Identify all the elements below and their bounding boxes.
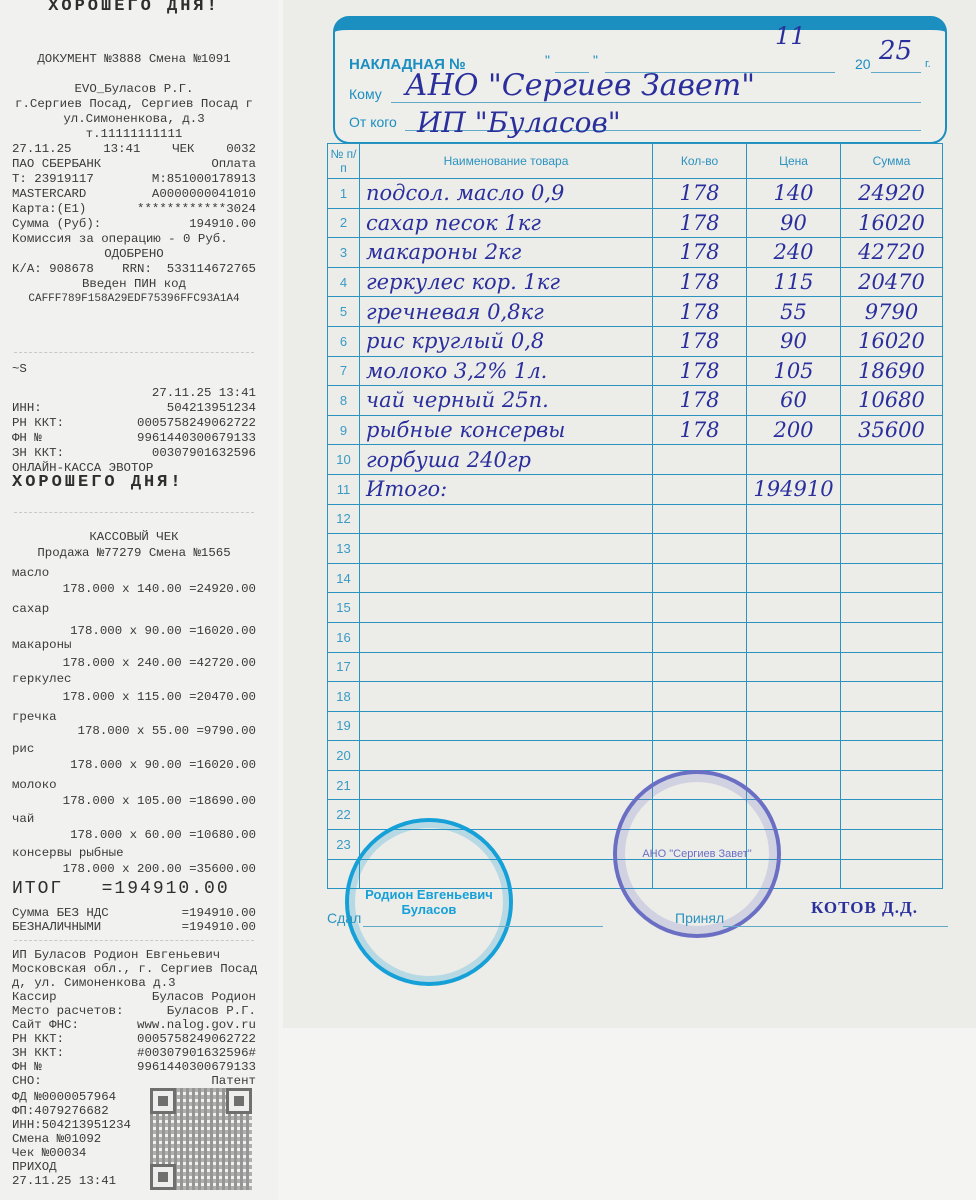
item-price: [747, 504, 841, 534]
item-qty: [653, 652, 747, 682]
item-name: [360, 504, 653, 534]
receipt-bank-row: ПАО СБЕРБАНКОплата: [12, 157, 256, 171]
receipt-city: г.Сергиев Посад, Сергиев Посад г: [12, 97, 256, 111]
item-name: молоко 3,2% 1л.: [360, 356, 653, 386]
item-sum: [841, 534, 943, 564]
item-name-value: Итого:: [366, 477, 447, 501]
item-line: 178.000 x 115.00 =20470.00: [12, 690, 256, 704]
item-qty: [653, 711, 747, 741]
item-name: [360, 682, 653, 712]
item-price: 194910: [747, 474, 841, 504]
receipt-kassovy: КАССОВЫЙ ЧЕК: [12, 530, 256, 544]
aid: A0000000041010: [152, 187, 256, 201]
row-number: 21: [328, 770, 360, 800]
receipt-auth-row: К/А: 908678RRN: 533114672765: [12, 262, 256, 276]
row-number: 22: [328, 800, 360, 830]
rn2-label: РН ККТ:: [12, 1032, 64, 1046]
row-number: 16: [328, 622, 360, 652]
qr-finder: [226, 1088, 252, 1114]
item-qty-value: 178: [679, 329, 719, 353]
receipt-datetime2: 27.11.25 13:41: [12, 386, 256, 400]
operation: Оплата: [211, 157, 256, 171]
invoice-table: № п/п Наименование товара Кол-во Цена Су…: [327, 143, 943, 889]
receipt-greeting-top: ХОРОШЕГО ДНЯ!: [12, 0, 256, 14]
receipt-signature: ~S: [12, 362, 256, 376]
item-name: гречка: [12, 710, 256, 724]
zn2: #00307901632596#: [137, 1046, 256, 1060]
item-sum-value: 18690: [858, 359, 925, 383]
item-name-value: макароны 2кг: [366, 240, 521, 264]
receipt-approved: ОДОБРЕНО: [12, 247, 256, 261]
row-number: 10: [328, 445, 360, 475]
item-name: консервы рыбные: [12, 846, 256, 860]
item-sum: [841, 474, 943, 504]
row-number: 9: [328, 415, 360, 445]
item-line: 178.000 x 200.00 =35600.00: [12, 862, 256, 876]
item-name: сахар песок 1кг: [360, 208, 653, 238]
item-line: 178.000 x 90.00 =16020.00: [12, 624, 256, 638]
item-qty-value: 178: [679, 211, 719, 235]
item-price: [747, 534, 841, 564]
receipt-novat-row: Сумма БЕЗ НДС=194910.00: [12, 906, 256, 920]
cash-receipt: ХОРОШЕГО ДНЯ! ДОКУМЕНТ №3888 Смена №1091…: [0, 0, 278, 1200]
receipt-check-no: 0032: [226, 142, 256, 156]
row-number: 13: [328, 534, 360, 564]
item-price: [747, 741, 841, 771]
cashier-label: Кассир: [12, 990, 57, 1004]
item-price: 90: [747, 208, 841, 238]
row-number: 3: [328, 238, 360, 268]
item-name-value: геркулес кор. 1кг: [366, 270, 560, 294]
item-line: 178.000 x 60.00 =10680.00: [12, 828, 256, 842]
site-label: Сайт ФНС:: [12, 1018, 79, 1032]
item-qty: [653, 622, 747, 652]
receipt-merchant: EVO_Буласов Р.Г.: [12, 82, 256, 96]
item-qty: 178: [653, 326, 747, 356]
item-sum: [841, 652, 943, 682]
col-number: № п/п: [328, 144, 360, 179]
item-name-value: горбуша 240гр: [366, 448, 531, 472]
divider: [14, 940, 254, 941]
table-row: 15: [328, 593, 943, 623]
receipt-zn-row: ЗН ККТ:00307901632596: [12, 446, 256, 460]
item-qty: 178: [653, 386, 747, 416]
receipt-street: ул.Симоненкова, д.3: [12, 112, 256, 126]
item-name: чай: [12, 812, 256, 826]
item-name: [360, 741, 653, 771]
sum-label: Сумма (Руб):: [12, 217, 101, 231]
novat: =194910.00: [182, 906, 256, 920]
item-qty: [653, 474, 747, 504]
table-row: 4геркулес кор. 1кг17811520470: [328, 267, 943, 297]
item-sum: [841, 682, 943, 712]
row-number: 1: [328, 179, 360, 209]
item-price: 55: [747, 297, 841, 327]
invoice-header: НАКЛАДНАЯ № " " 20 г. Кому От кого 11 25…: [333, 16, 947, 144]
divider: [14, 352, 254, 353]
qr-finder: [150, 1088, 176, 1114]
from-value: ИП "Буласов": [417, 106, 621, 139]
receipt-pin: Введен ПИН код: [12, 277, 256, 291]
item-name: [360, 534, 653, 564]
table-row: 1подсол. масло 0,917814024920: [328, 179, 943, 209]
rn-label: РН ККТ:: [12, 416, 64, 430]
rn: 0005758249062722: [137, 416, 256, 430]
item-name-value: молоко 3,2% 1л.: [366, 359, 547, 383]
item-price: [747, 622, 841, 652]
item-sum: [841, 504, 943, 534]
receipt-card-row: Карта:(E1)************3024: [12, 202, 256, 216]
row-number: 18: [328, 682, 360, 712]
receipt-cashless-row: БЕЗНАЛИЧНЫМИ=194910.00: [12, 920, 256, 934]
item-name-value: гречневая 0,8кг: [366, 300, 544, 324]
item-price: [747, 682, 841, 712]
row-number: 5: [328, 297, 360, 327]
card-masked: ************3024: [137, 202, 256, 216]
item-price: [747, 652, 841, 682]
item-price-value: 90: [780, 329, 807, 353]
ip-stamp: Родион Евгеньевич Буласов: [345, 818, 513, 986]
item-sum: [841, 622, 943, 652]
table-row: 9рыбные консервы17820035600: [328, 415, 943, 445]
item-sum: 18690: [841, 356, 943, 386]
row-number: 2: [328, 208, 360, 238]
year-value: 25: [879, 36, 912, 66]
row-number: 19: [328, 711, 360, 741]
receipt-phone: т.11111111111: [12, 127, 256, 141]
table-row: 12: [328, 504, 943, 534]
receipt-card-type-row: MASTERCARDA0000000041010: [12, 187, 256, 201]
item-name: подсол. масло 0,9: [360, 179, 653, 209]
table-row: 8чай черный 25п.1786010680: [328, 386, 943, 416]
item-price-value: 194910: [753, 477, 833, 501]
item-price-value: 55: [780, 300, 807, 324]
item-sum: [841, 800, 943, 830]
receipt-site-row: Сайт ФНС:www.nalog.gov.ru: [12, 1018, 256, 1032]
item-qty-value: 178: [679, 240, 719, 264]
receipt-rn2-row: РН ККТ:0005758249062722: [12, 1032, 256, 1046]
item-qty: [653, 682, 747, 712]
item-sum: 10680: [841, 386, 943, 416]
receiver-name-stamp: КОТОВ Д.Д.: [811, 898, 918, 918]
item-sum: [841, 770, 943, 800]
fn2-label: ФН №: [12, 1060, 42, 1074]
item-sum: 9790: [841, 297, 943, 327]
item-qty-value: 178: [679, 388, 719, 412]
row-number: 8: [328, 386, 360, 416]
item-price: 140: [747, 179, 841, 209]
item-name: масло: [12, 566, 256, 580]
col-qty: Кол-во: [653, 144, 747, 179]
item-name: макароны: [12, 638, 256, 652]
receipt-zn2-row: ЗН ККТ:#00307901632596#: [12, 1046, 256, 1060]
receipt-sale: Продажа №77279 Смена №1565: [12, 546, 256, 560]
item-name-value: рыбные консервы: [366, 418, 565, 442]
receipt-rn-row: РН ККТ:0005758249062722: [12, 416, 256, 430]
table-row: 14: [328, 563, 943, 593]
qr-finder: [150, 1164, 176, 1190]
item-qty: 178: [653, 415, 747, 445]
item-price: 240: [747, 238, 841, 268]
col-price: Цена: [747, 144, 841, 179]
receipt-addr1: Московская обл., г. Сергиев Посад: [12, 962, 256, 976]
receipt-fn-row: ФН №9961440300679133: [12, 431, 256, 445]
item-sum: [841, 711, 943, 741]
merchant-id: М:851000178913: [152, 172, 256, 186]
divider: [14, 512, 254, 513]
receipt-date: 27.11.25: [12, 142, 72, 156]
row-number: 6: [328, 326, 360, 356]
receipt-document-line: ДОКУМЕНТ №3888 Смена №1091: [12, 52, 256, 66]
table-row: 3макароны 2кг17824042720: [328, 238, 943, 268]
item-line: 178.000 x 55.00 =9790.00: [12, 724, 256, 738]
item-name: рис круглый 0,8: [360, 326, 653, 356]
item-line: 178.000 x 90.00 =16020.00: [12, 758, 256, 772]
item-name: макароны 2кг: [360, 238, 653, 268]
item-sum: [841, 445, 943, 475]
item-qty: [653, 741, 747, 771]
item-line: 178.000 x 140.00 =24920.00: [12, 582, 256, 596]
card-label: Карта:(E1): [12, 202, 86, 216]
year-prefix: 20: [855, 56, 871, 72]
item-line: 178.000 x 240.00 =42720.00: [12, 656, 256, 670]
receipt-terminal-row: Т: 23919117М:851000178913: [12, 172, 256, 186]
item-name: [360, 652, 653, 682]
table-row: 20: [328, 741, 943, 771]
item-sum-value: 24920: [858, 181, 925, 205]
auth-code: К/А: 908678: [12, 262, 94, 276]
rn2: 0005758249062722: [137, 1032, 256, 1046]
month-value: 11: [775, 22, 806, 50]
item-sum-value: 20470: [858, 270, 925, 294]
table-row: 17: [328, 652, 943, 682]
item-sum: [841, 859, 943, 889]
fn2: 9961440300679133: [137, 1060, 256, 1074]
to-value: АНО "Сергиев Завет": [405, 68, 755, 103]
item-sum: 42720: [841, 238, 943, 268]
item-qty-value: 178: [679, 181, 719, 205]
fn: 9961440300679133: [137, 431, 256, 445]
item-sum: [841, 563, 943, 593]
table-row: 10горбуша 240гр: [328, 445, 943, 475]
table-row: 6рис круглый 0,81789016020: [328, 326, 943, 356]
item-name: геркулес: [12, 672, 256, 686]
table-row: 18: [328, 682, 943, 712]
quote-close: ": [593, 52, 598, 68]
ano-stamp-text: АНО "Сергиев Завет": [642, 848, 751, 860]
row-number: 14: [328, 563, 360, 593]
item-sum-value: 35600: [858, 418, 925, 442]
item-qty-value: 178: [679, 418, 719, 442]
item-price-value: 140: [773, 181, 813, 205]
item-name: [360, 593, 653, 623]
item-price-value: 90: [780, 211, 807, 235]
item-name: гречневая 0,8кг: [360, 297, 653, 327]
year-line: [871, 72, 921, 73]
item-sum-value: 16020: [858, 211, 925, 235]
inn: 504213951234: [167, 401, 256, 415]
item-qty: 178: [653, 179, 747, 209]
item-name: рыбные консервы: [360, 415, 653, 445]
row-number: 11: [328, 474, 360, 504]
col-sum: Сумма: [841, 144, 943, 179]
cashier: Буласов Родион: [152, 990, 256, 1004]
item-price: 90: [747, 326, 841, 356]
item-sum-value: 10680: [858, 388, 925, 412]
item-qty: 178: [653, 208, 747, 238]
qr-code-icon: [150, 1088, 252, 1190]
item-price: 200: [747, 415, 841, 445]
item-sum: 16020: [841, 208, 943, 238]
item-price: 105: [747, 356, 841, 386]
item-sum-value: 16020: [858, 329, 925, 353]
sum-value: 194910.00: [189, 217, 256, 231]
item-qty-value: 178: [679, 359, 719, 383]
row-number: 20: [328, 741, 360, 771]
zn: 00307901632596: [152, 446, 256, 460]
receipt-sum-row: Сумма (Руб):194910.00: [12, 217, 256, 231]
item-sum: [841, 741, 943, 771]
sno-label: СНО:: [12, 1074, 42, 1088]
zn-label: ЗН ККТ:: [12, 446, 64, 460]
item-qty: [653, 563, 747, 593]
item-name: [360, 563, 653, 593]
item-name: горбуша 240гр: [360, 445, 653, 475]
item-qty: 178: [653, 297, 747, 327]
sno: Патент: [211, 1074, 256, 1088]
table-row: 13: [328, 534, 943, 564]
item-sum-value: 42720: [858, 240, 925, 264]
item-sum: 16020: [841, 326, 943, 356]
item-sum: 35600: [841, 415, 943, 445]
item-qty: [653, 593, 747, 623]
item-sum: 20470: [841, 267, 943, 297]
place: Буласов Р.Г.: [167, 1004, 256, 1018]
ip-stamp-text: Родион Евгеньевич Буласов: [349, 887, 509, 917]
quote-open: ": [545, 52, 550, 68]
item-price-value: 105: [773, 359, 813, 383]
fn-label: ФН №: [12, 431, 42, 445]
item-price: [747, 445, 841, 475]
table-header: № п/п Наименование товара Кол-во Цена Су…: [328, 144, 943, 179]
col-name: Наименование товара: [360, 144, 653, 179]
table-row: 16: [328, 622, 943, 652]
place-label: Место расчетов:: [12, 1004, 124, 1018]
table-row: 19: [328, 711, 943, 741]
item-price: [747, 563, 841, 593]
row-number: 23: [328, 830, 360, 860]
item-sum: 24920: [841, 179, 943, 209]
table-row: 2сахар песок 1кг1789016020: [328, 208, 943, 238]
year-suffix: г.: [925, 58, 931, 70]
item-name: Итого:: [360, 474, 653, 504]
item-name: сахар: [12, 602, 256, 616]
received-label: Принял: [675, 910, 724, 926]
item-price: [747, 770, 841, 800]
item-name: [360, 622, 653, 652]
row-number: 15: [328, 593, 360, 623]
cashless-label: БЕЗНАЛИЧНЫМИ: [12, 920, 101, 934]
receipt-itog: ИТОГ =194910.00: [12, 882, 256, 896]
item-name: геркулес кор. 1кг: [360, 267, 653, 297]
receipt-addr2: д, ул. Симоненкова д.3: [12, 976, 256, 990]
card-type: MASTERCARD: [12, 187, 86, 201]
to-label: Кому: [349, 86, 382, 102]
item-sum-value: 9790: [865, 300, 918, 324]
item-price-value: 60: [780, 388, 807, 412]
handed-label: Сдал: [327, 910, 361, 926]
item-name: чай черный 25п.: [360, 386, 653, 416]
inn-label: ИНН:: [12, 401, 42, 415]
receipt-place-row: Место расчетов:Буласов Р.Г.: [12, 1004, 256, 1018]
item-name-value: чай черный 25п.: [366, 388, 549, 412]
item-name: молоко: [12, 778, 256, 792]
item-price: 60: [747, 386, 841, 416]
item-qty-value: 178: [679, 270, 719, 294]
novat-label: Сумма БЕЗ НДС: [12, 906, 109, 920]
receipt-check-label: ЧЕК: [172, 142, 194, 156]
received-line: [723, 926, 948, 927]
site: www.nalog.gov.ru: [137, 1018, 256, 1032]
item-price: [747, 593, 841, 623]
receipt-datetime-row: 27.11.25 13:41 ЧЕК 0032: [12, 142, 256, 156]
row-number: 17: [328, 652, 360, 682]
from-label: От кого: [349, 114, 397, 130]
item-qty: [653, 534, 747, 564]
invoice-sheet: НАКЛАДНАЯ № " " 20 г. Кому От кого 11 25…: [283, 0, 976, 1028]
item-line: 178.000 x 105.00 =18690.00: [12, 794, 256, 808]
item-qty: 178: [653, 267, 747, 297]
zn2-label: ЗН ККТ:: [12, 1046, 64, 1060]
item-price-value: 240: [773, 240, 813, 264]
cashless: =194910.00: [182, 920, 256, 934]
table-row: 7молоко 3,2% 1л.17810518690: [328, 356, 943, 386]
item-sum: [841, 830, 943, 860]
item-name-value: сахар песок 1кг: [366, 211, 541, 235]
item-qty: [653, 504, 747, 534]
receipt-sno-row: СНО:Патент: [12, 1074, 256, 1088]
rrn: RRN: 533114672765: [122, 262, 256, 276]
table-row: 11Итого:194910: [328, 474, 943, 504]
terminal: Т: 23919117: [12, 172, 94, 186]
receipt-hash: CAFFF789F158A29EDF75396FFC93A1A4: [12, 292, 256, 306]
receipt-commission: Комиссия за операцию - 0 Руб.: [12, 232, 256, 246]
item-price: [747, 711, 841, 741]
row-number: 12: [328, 504, 360, 534]
item-name: [360, 711, 653, 741]
item-name: [360, 770, 653, 800]
item-price: 115: [747, 267, 841, 297]
row-number: 4: [328, 267, 360, 297]
item-name: рис: [12, 742, 256, 756]
item-qty: 178: [653, 238, 747, 268]
item-price-value: 200: [773, 418, 813, 442]
item-sum: [841, 593, 943, 623]
item-price-value: 115: [773, 270, 813, 294]
handed-line: [363, 926, 603, 927]
receipt-cashier-row: КассирБуласов Родион: [12, 990, 256, 1004]
row-number: 7: [328, 356, 360, 386]
receipt-fn2-row: ФН №9961440300679133: [12, 1060, 256, 1074]
item-name-value: подсол. масло 0,9: [366, 181, 564, 205]
receipt-ip: ИП Буласов Родион Евгеньевич: [12, 948, 256, 962]
item-qty: [653, 445, 747, 475]
item-name-value: рис круглый 0,8: [366, 329, 544, 353]
receipt-greeting: ХОРОШЕГО ДНЯ!: [12, 476, 256, 490]
receipt-time: 13:41: [103, 142, 140, 156]
table-row: 5гречневая 0,8кг178559790: [328, 297, 943, 327]
item-qty: 178: [653, 356, 747, 386]
